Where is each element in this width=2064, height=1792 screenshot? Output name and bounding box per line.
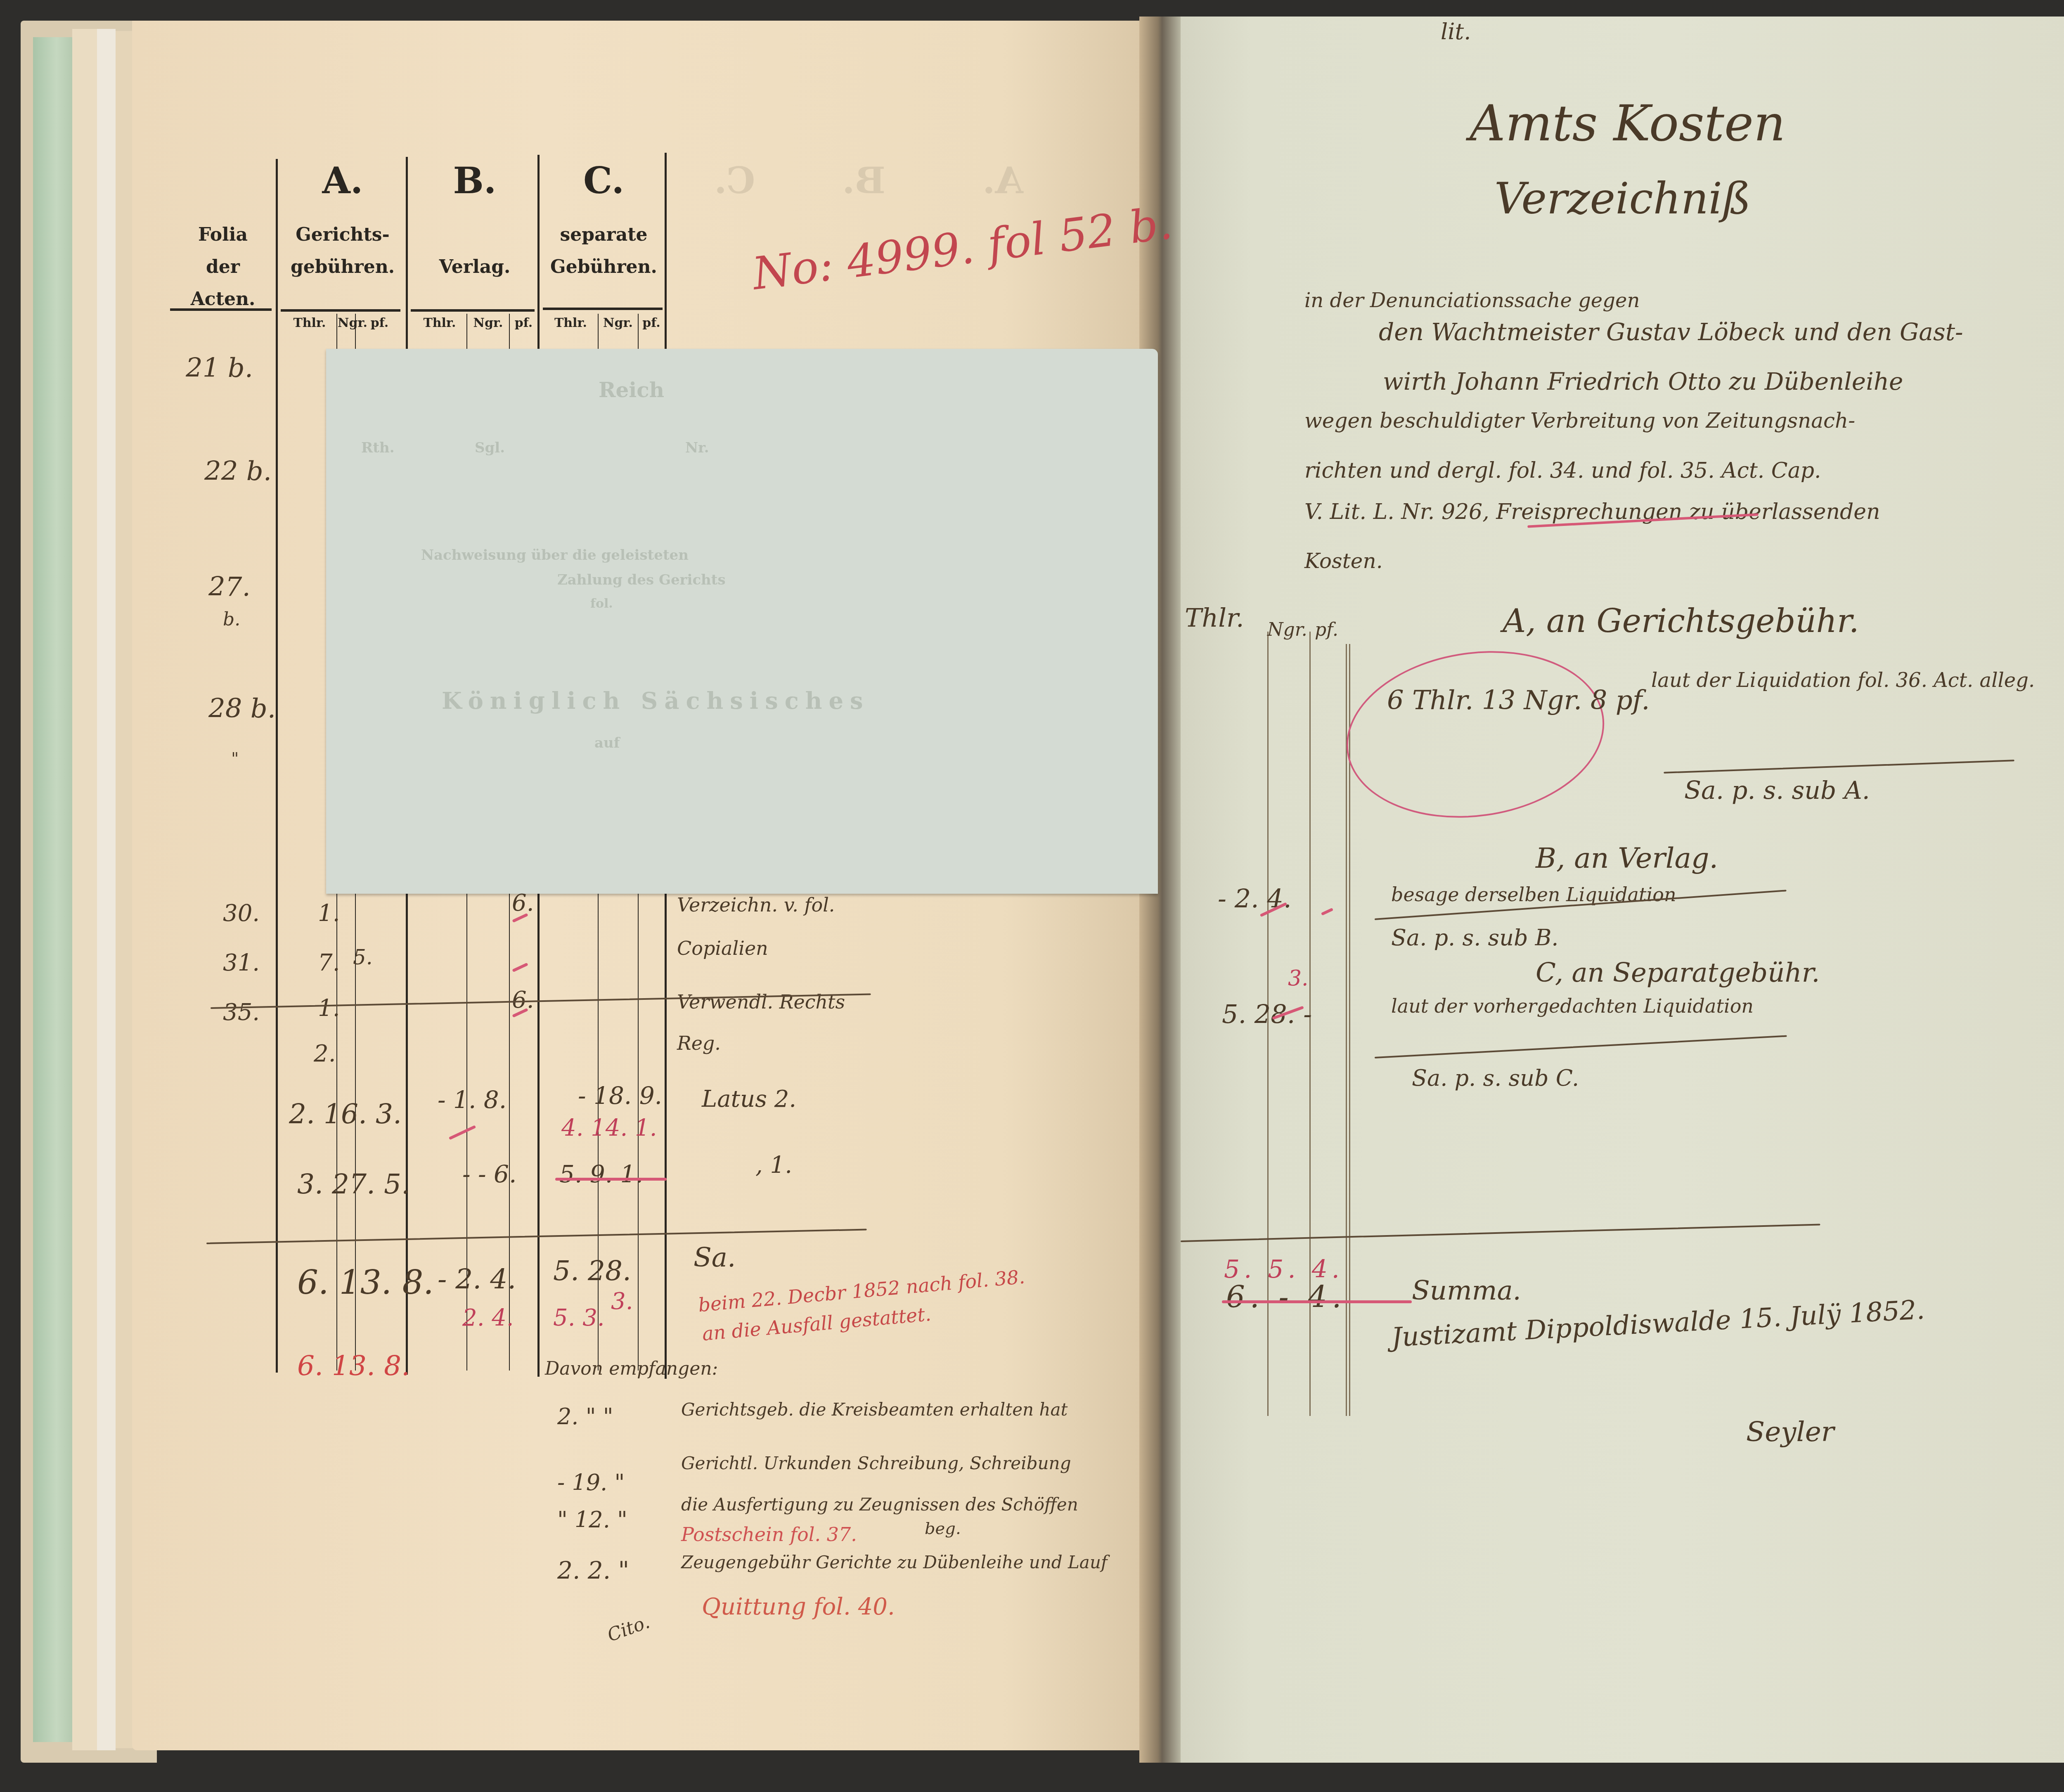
title-line-1: Amts Kosten <box>1470 95 1785 152</box>
section-amount: 5. 28. - <box>1222 999 1312 1029</box>
unit-pf: pf. <box>639 316 664 330</box>
summa-amount: 6. - 4. <box>1226 1280 1347 1314</box>
unit-pf: pf. <box>510 316 537 330</box>
detail-heading: Davon empfangen: <box>545 1358 718 1379</box>
subtotal-b: - - 6. <box>462 1160 516 1188</box>
red-correction: 3. <box>1288 966 1309 991</box>
total-b: - 2. 4. <box>438 1263 516 1295</box>
latus-label: Latus 2. <box>702 1086 796 1113</box>
unit-thlr: Thlr. <box>415 316 464 330</box>
red-total-a: 6. 13. 8. <box>297 1350 410 1382</box>
page-edge <box>72 29 97 1750</box>
entry-text: Copialien <box>677 937 768 959</box>
slip-bleed-text: Rth. <box>361 440 395 456</box>
column-b-label: Verlag. <box>415 251 535 283</box>
pasted-slip: Rth. Sgl. Nr. Reich Nachweisung über die… <box>326 349 1158 894</box>
section-text: laut der vorhergedachten Liquidation <box>1391 995 1754 1017</box>
column-b-letter: B. <box>415 159 535 202</box>
cell-a-ngr: 1. <box>318 995 340 1022</box>
detail-amount: 2. " " <box>557 1404 613 1430</box>
intro-line: Kosten. <box>1304 549 1383 573</box>
cell-b-pf: 6. <box>512 890 534 916</box>
detail-amount: 2. 2. " <box>557 1556 629 1584</box>
unit-pf: pf. <box>356 316 403 330</box>
column-c-label: separate Gebühren. <box>545 219 663 283</box>
intro-line: V. Lit. L. Nr. 926, Freisprechungen zu ü… <box>1304 499 1880 524</box>
section-summary: Sa. p. s. sub B. <box>1391 925 1559 951</box>
header-underline <box>281 309 400 312</box>
section-summary: Sa. p. s. sub A. <box>1684 776 1870 805</box>
folio-entry: 28 b. <box>208 694 276 724</box>
detail-text: beg. <box>925 1519 961 1538</box>
folio-entry: b. <box>223 609 240 630</box>
slip-bleed-text: Königlich Sächsisches <box>442 687 870 715</box>
total-a: 6. 13. 8. <box>297 1263 434 1302</box>
strike-through <box>555 1178 667 1181</box>
section-heading: B, an Verlag. <box>1536 842 1718 875</box>
folio-entry: 30. <box>223 900 260 927</box>
detail-text: die Ausfertigung zu Zeugnissen des Schöf… <box>681 1494 1135 1515</box>
unit-ngr: Ngr. <box>469 316 508 330</box>
folio-entry: 21 b. <box>186 353 253 383</box>
section-text: laut der Liquidation fol. 36. Act. alleg… <box>1651 669 2064 692</box>
green-page-edge <box>33 37 72 1742</box>
latus-label: , 1. <box>755 1152 792 1179</box>
red-total-c: 5. 3. <box>553 1304 605 1331</box>
bleed-through-letter: B. <box>842 159 885 202</box>
folio-entry: 35. <box>223 999 260 1026</box>
cell-a-pf: 5. <box>353 945 373 969</box>
header-underline <box>543 308 663 310</box>
intro-line: wirth Johann Friedrich Otto zu Dübenleih… <box>1383 367 1903 395</box>
section-summary: Sa. p. s. sub C. <box>1412 1065 1579 1091</box>
summa-label: Sa. <box>694 1243 736 1273</box>
detail-text: Zeugengebühr Gerichte zu Dübenleihe und … <box>681 1552 1135 1572</box>
red-correction: 4. 14. 1. <box>561 1115 657 1141</box>
title-line-2: Verzeichniß <box>1494 173 1751 224</box>
page-edge <box>97 29 116 1750</box>
bleed-through-letter: C. <box>714 159 755 202</box>
slip-bleed-text: auf <box>594 735 620 751</box>
slip-bleed-text: fol. <box>590 597 613 611</box>
cell-a-ngr: 1. <box>318 900 340 927</box>
section-amount: - 2. 4. <box>1218 883 1292 914</box>
unit-pf: pf. <box>1315 619 1338 640</box>
header-underline <box>411 309 535 312</box>
folio-entry: 31. <box>223 949 260 976</box>
unit-ngr: Ngr. <box>338 316 354 330</box>
top-mark: lit. <box>1441 19 1471 45</box>
section-heading: A, an Gerichtsgebühr. <box>1503 603 1859 640</box>
unit-thlr: Thlr. <box>1185 603 1244 633</box>
subtotal-a: 3. 27. 5. <box>297 1168 410 1200</box>
section-heading: C, an Separatgebühr. <box>1536 958 1820 988</box>
detail-amount: " 12. " <box>557 1507 627 1533</box>
detail-text: Gerichtl. Urkunden Schreibung, Schreibun… <box>681 1453 1135 1473</box>
slip-bleed-text: Sgl. <box>475 440 505 456</box>
subtotal-b: - 1. 8. <box>438 1086 507 1114</box>
bleed-through-letter: A. <box>982 159 1023 202</box>
slip-bleed-text: Reich <box>599 378 664 402</box>
detail-red-note: Quittung fol. 40. <box>702 1593 895 1620</box>
section-text: besage derselben Liquidation <box>1391 883 1676 906</box>
red-correction: 3. <box>611 1288 633 1315</box>
folia-header: Folia der Acten. <box>173 219 272 315</box>
subtotal-c: 5. 9. 1. <box>559 1160 643 1188</box>
slip-bleed-text: Zahlung des Gerichts <box>557 572 726 588</box>
folio-entry: 27. <box>208 572 251 602</box>
unit-ngr: Ngr. <box>1267 619 1307 640</box>
unit-thlr: Thlr. <box>285 316 334 330</box>
intro-line: den Wachtmeister Gustav Löbeck und den G… <box>1379 318 1963 346</box>
column-a-label: Gerichts- gebühren. <box>285 219 400 283</box>
slip-bleed-text: Nachweisung über die geleisteten <box>421 547 689 563</box>
detail-amount: - 19. " <box>557 1470 625 1496</box>
intro-line: richten und dergl. fol. 34. und fol. 35.… <box>1304 458 1821 483</box>
red-total-b: 2. 4. <box>462 1304 514 1331</box>
signature: Seyler <box>1746 1416 1834 1448</box>
subtotal-c: - 18. 9. <box>578 1082 662 1110</box>
intro-line: wegen beschuldigter Verbreitung von Zeit… <box>1304 409 1855 433</box>
column-c-letter: C. <box>545 159 663 202</box>
entry-text: Reg. <box>677 1032 721 1054</box>
folio-entry: " <box>231 749 239 768</box>
column-a-letter: A. <box>285 159 400 202</box>
summa-label: Summa. <box>1412 1276 1521 1306</box>
intro-line: in der Denunciationssache gegen <box>1304 289 1640 312</box>
cell-a-ngr: 7. <box>318 949 340 976</box>
entry-text: Verzeichn. v. fol. <box>677 894 835 916</box>
unit-ngr: Ngr. <box>599 316 637 330</box>
cell-a-ngr: 2. <box>314 1040 336 1067</box>
column-rule <box>276 159 278 1373</box>
total-c: 5. 28. <box>553 1255 631 1287</box>
slip-bleed-text: Nr. <box>685 440 709 456</box>
subtotal-a: 2. 16. 3. <box>289 1098 402 1130</box>
unit-thlr: Thlr. <box>545 316 596 330</box>
folio-entry: 22 b. <box>204 456 272 487</box>
detail-red-note: Postschein fol. 37. <box>681 1523 857 1546</box>
strike-through <box>1222 1300 1412 1303</box>
detail-text: Gerichtsgeb. die Kreisbeamten erhalten h… <box>681 1399 1135 1420</box>
circled-amount: 6 Thlr. 13 Ngr. 8 pf. <box>1387 685 1650 716</box>
